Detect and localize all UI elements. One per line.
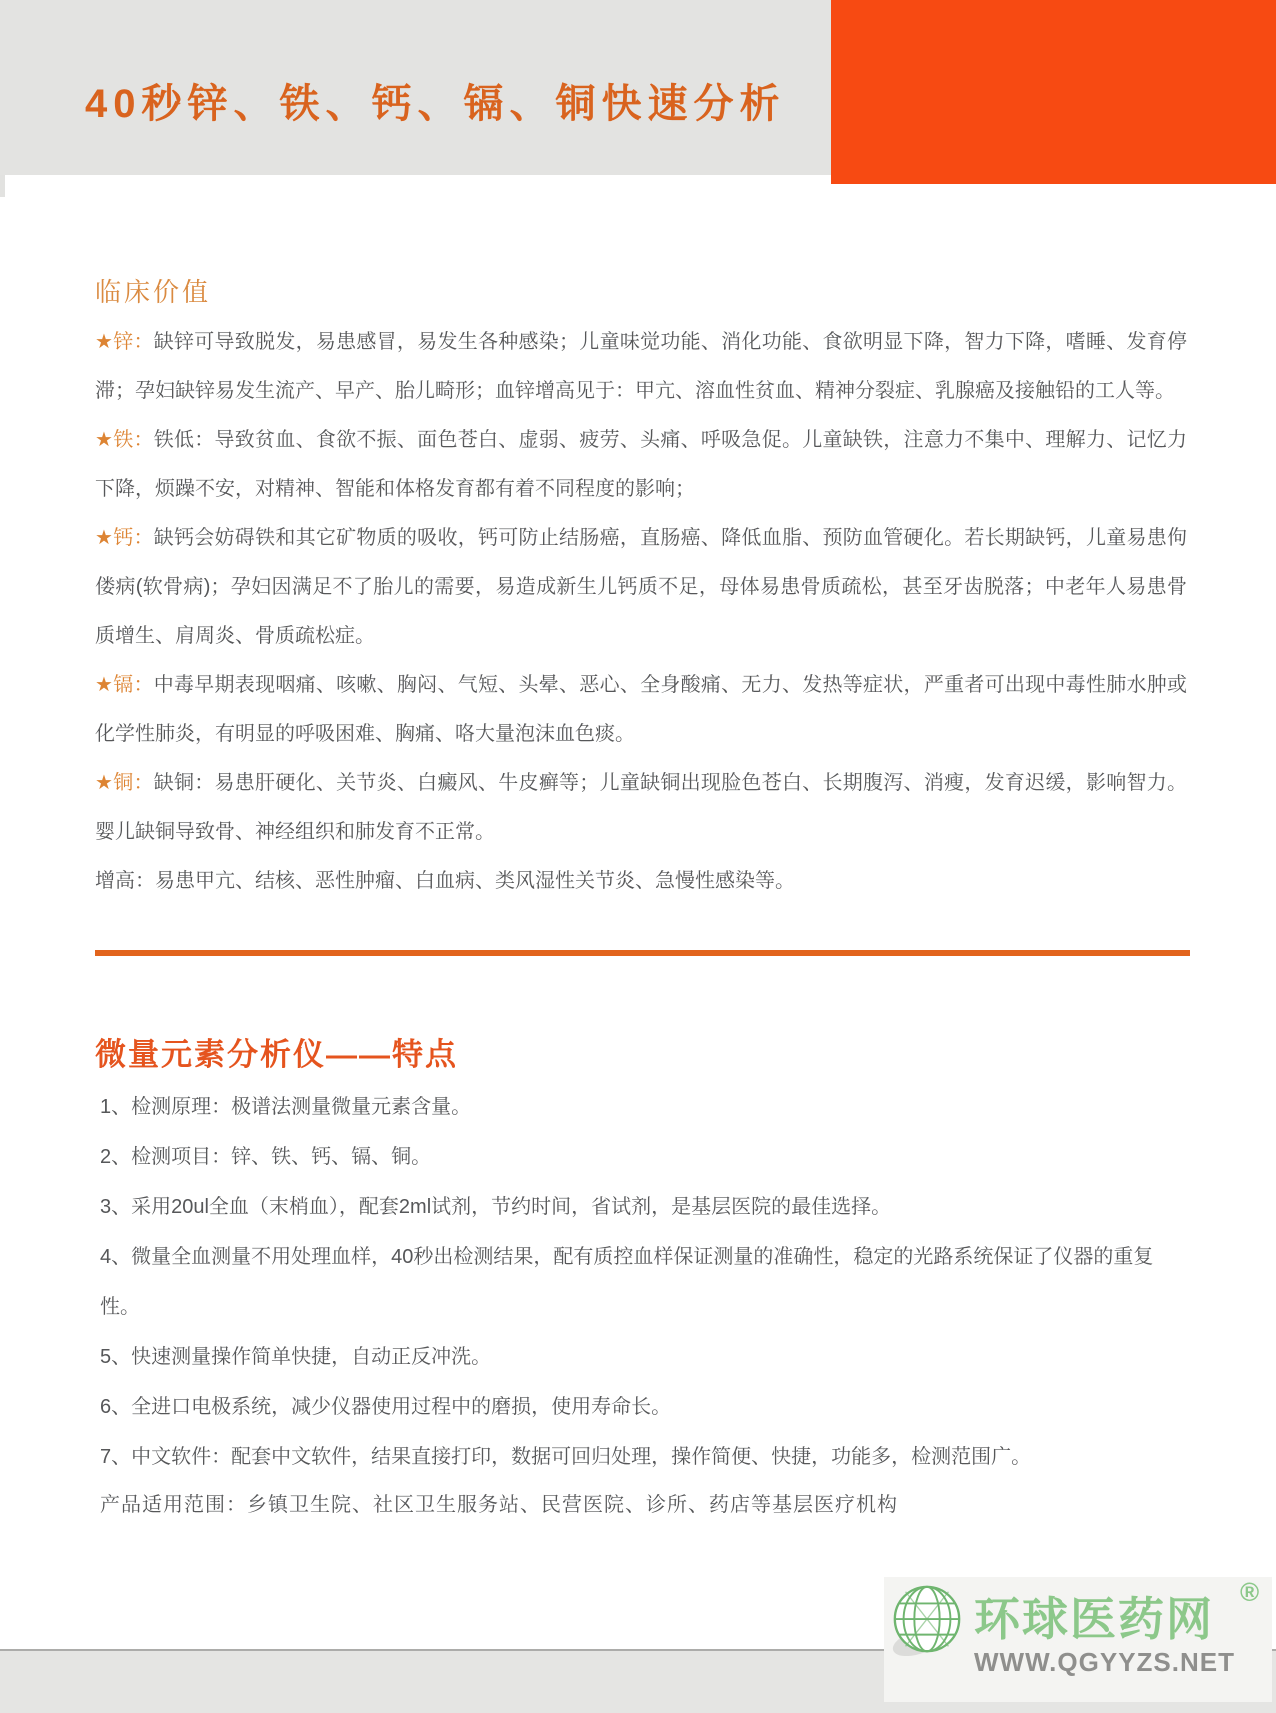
feature-item-1: 1、检测原理：极谱法测量微量元素含量。 xyxy=(100,1082,1190,1132)
cadmium-star-label: ★镉： xyxy=(95,674,154,696)
iron-star-label: ★铁： xyxy=(95,429,154,451)
clinical-section-body: ★锌：缺锌可导致脱发，易患感冒，易发生各种感染；儿童味觉功能、消化功能、食欲明显… xyxy=(95,318,1187,906)
feature-item-4: 4、微量全血测量不用处理血样，40秒出检测结果，配有质控血样保证测量的准确性，稳… xyxy=(100,1232,1190,1332)
clinical-section-heading: 临床价值 xyxy=(95,272,211,309)
header-accent-block xyxy=(831,0,1276,184)
iron-paragraph-text: 铁低：导致贫血、食欲不振、面色苍白、虚弱、疲劳、头痛、呼吸急促。儿童缺铁，注意力… xyxy=(95,429,1187,500)
features-list: 1、检测原理：极谱法测量微量元素含量。 2、检测项目：锌、铁、钙、镉、铜。 3、… xyxy=(100,1082,1190,1482)
page-title: 40秒锌、铁、钙、镉、铜快速分析 xyxy=(85,72,786,129)
product-scope-line: 产品适用范围：乡镇卫生院、社区卫生服务站、民营医院、诊所、药店等基层医疗机构 xyxy=(100,1488,1190,1517)
cadmium-paragraph-text: 中毒早期表现咽痛、咳嗽、胸闷、气短、头晕、恶心、全身酸痛、无力、发热等症状，严重… xyxy=(95,674,1187,745)
header-left-tab xyxy=(0,175,5,197)
clinical-paragraph-iron: ★铁：铁低：导致贫血、食欲不振、面色苍白、虚弱、疲劳、头痛、呼吸急促。儿童缺铁，… xyxy=(95,416,1187,514)
clinical-paragraph-calcium: ★钙：缺钙会妨碍铁和其它矿物质的吸收，钙可防止结肠癌，直肠癌、降低血脂、预防血管… xyxy=(95,514,1187,661)
site-brand-text: 环球医药网 xyxy=(974,1583,1214,1649)
site-watermark-logo: 环球医药网 ® WWW.QGYYZS.NET xyxy=(884,1577,1272,1702)
globe-icon xyxy=(888,1582,966,1660)
clinical-paragraph-copper: ★铜：缺铜：易患肝硬化、关节炎、白癜风、牛皮癣等；儿童缺铜出现脸色苍白、长期腹泻… xyxy=(95,759,1187,857)
copper-paragraph-text: 缺铜：易患肝硬化、关节炎、白癜风、牛皮癣等；儿童缺铜出现脸色苍白、长期腹泻、消瘦… xyxy=(95,772,1187,843)
section-divider xyxy=(95,950,1190,956)
registered-trademark-icon: ® xyxy=(1240,1577,1259,1608)
zinc-star-label: ★锌： xyxy=(95,331,154,353)
features-section-heading: 微量元素分析仪——特点 xyxy=(95,1029,458,1074)
zinc-paragraph-text: 缺锌可导致脱发，易患感冒，易发生各种感染；儿童味觉功能、消化功能、食欲明显下降，… xyxy=(95,331,1187,402)
feature-item-7: 7、中文软件：配套中文软件，结果直接打印，数据可回归处理，操作简便、快捷，功能多… xyxy=(100,1432,1190,1482)
feature-item-2: 2、检测项目：锌、铁、钙、镉、铜。 xyxy=(100,1132,1190,1182)
calcium-star-label: ★钙： xyxy=(95,527,154,549)
site-url-text: WWW.QGYYZS.NET xyxy=(974,1647,1235,1678)
copper-star-label: ★铜： xyxy=(95,772,154,794)
feature-item-5: 5、快速测量操作简单快捷，自动正反冲洗。 xyxy=(100,1332,1190,1382)
calcium-paragraph-text: 缺钙会妨碍铁和其它矿物质的吸收，钙可防止结肠癌，直肠癌、降低血脂、预防血管硬化。… xyxy=(95,527,1187,647)
clinical-paragraph-cadmium: ★镉：中毒早期表现咽痛、咳嗽、胸闷、气短、头晕、恶心、全身酸痛、无力、发热等症状… xyxy=(95,661,1187,759)
clinical-note-elevated: 增高：易患甲亢、结核、恶性肿瘤、白血病、类风湿性关节炎、急慢性感染等。 xyxy=(95,857,1187,906)
clinical-paragraph-zinc: ★锌：缺锌可导致脱发，易患感冒，易发生各种感染；儿童味觉功能、消化功能、食欲明显… xyxy=(95,318,1187,416)
header-band: 40秒锌、铁、钙、镉、铜快速分析 xyxy=(0,0,831,175)
feature-item-6: 6、全进口电极系统，减少仪器使用过程中的磨损，使用寿命长。 xyxy=(100,1382,1190,1432)
brochure-page: 40秒锌、铁、钙、镉、铜快速分析 临床价值 ★锌：缺锌可导致脱发，易患感冒，易发… xyxy=(0,0,1276,1713)
feature-item-3: 3、采用20ul全血（末梢血），配套2ml试剂，节约时间，省试剂，是基层医院的最… xyxy=(100,1182,1190,1232)
